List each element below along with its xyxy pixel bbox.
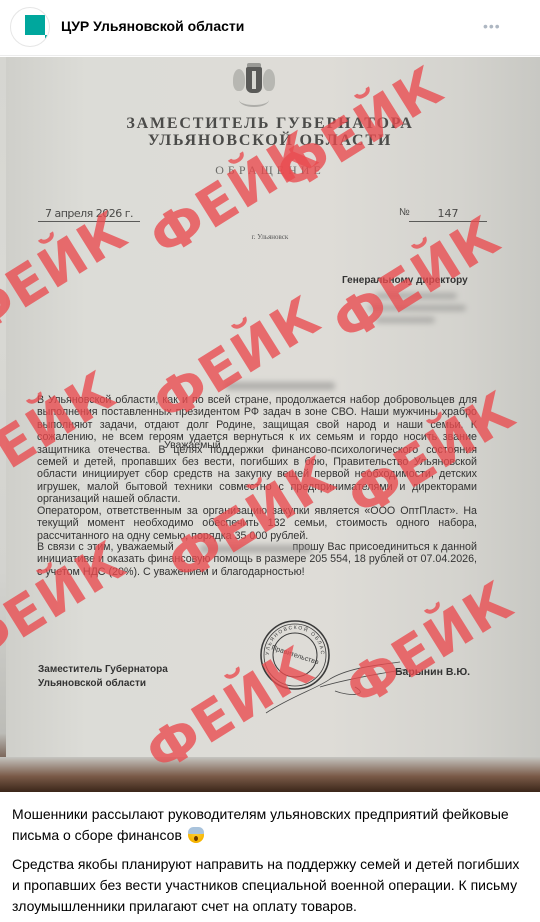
letter-city: г. Ульяновск	[0, 233, 540, 241]
signature-title-line2: Ульяновской области	[38, 677, 168, 691]
letter-addressee: Генеральному директору	[342, 275, 468, 286]
post-photo[interactable]: ЗАМЕСТИТЕЛЬ ГУБЕРНАТОРА УЛЬЯНОВСКОЙ ОБЛА…	[0, 57, 540, 792]
letter-doc-type: ОБРАЩЕНИЕ	[0, 163, 540, 178]
blurred-company-2	[368, 305, 466, 311]
signature-scribble-icon	[260, 657, 410, 717]
signature-title: Заместитель Губернатора Ульяновской обла…	[38, 663, 168, 691]
letter-number: 147	[409, 207, 487, 222]
letter-date: 7 апреля 2026 г.	[38, 207, 140, 222]
screaming-face-emoji-icon	[188, 827, 204, 843]
post-caption-1: Мошенники рассылают руководителям ульяно…	[12, 804, 528, 846]
blurred-recipient-name	[225, 382, 335, 390]
letter-title-line1: ЗАМЕСТИТЕЛЬ ГУБЕРНАТОРА	[0, 115, 540, 133]
logo-square-icon	[25, 15, 45, 35]
coat-of-arms-icon	[231, 63, 277, 109]
signatory-name: Барынин В.Ю.	[395, 666, 470, 678]
post-caption-2: Средства якобы планируют направить на по…	[12, 854, 528, 917]
blurred-recipient-name-2	[200, 545, 312, 553]
blurred-name	[375, 317, 435, 323]
logo-small-square-icon	[45, 35, 50, 41]
letter-paragraph-1: В Ульяновской области, как и по всей стр…	[37, 394, 477, 506]
signature-title-line1: Заместитель Губернатора	[38, 663, 168, 677]
post-caption-1-text: Мошенники рассылают руководителям ульяно…	[12, 806, 509, 843]
channel-name[interactable]: ЦУР Ульяновской области	[61, 18, 244, 34]
channel-avatar[interactable]	[10, 7, 50, 47]
more-options-icon[interactable]: •••	[483, 18, 501, 34]
letter-title-line2: УЛЬЯНОВСКОЙ ОБЛАСТИ	[0, 132, 540, 150]
desk-edge	[0, 757, 540, 792]
post-header: ЦУР Ульяновской области •••	[0, 0, 540, 56]
letter-paragraph-3-start: В связи с этим, уважаемый	[37, 541, 174, 553]
letter-paragraph-2: Оператором, ответственным за организацию…	[37, 505, 477, 542]
blurred-company	[375, 293, 457, 299]
